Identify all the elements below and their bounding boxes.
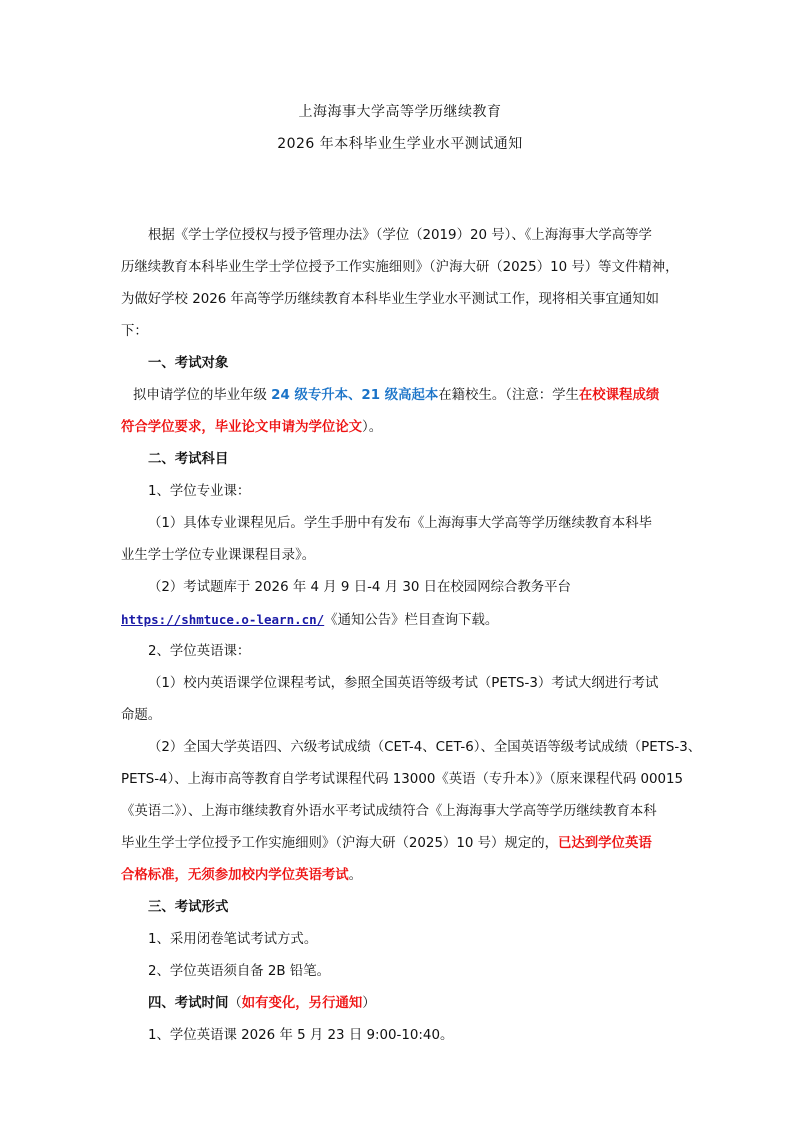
english-exemption-red-2: 合格标准，无须参加校内学位英语考试	[121, 868, 349, 883]
section-4-heading-text: 四、考试时间	[148, 996, 228, 1011]
section-2-sub-2: 2、学位英语课：	[148, 643, 718, 661]
major-course-item-2-line-2: https://shmtuce.o-learn.cn/《通知公告》栏目查询下载。	[121, 611, 691, 630]
eligibility-note-red-1: 在校课程成绩	[579, 388, 659, 403]
english-item-2-line-5-suffix: 。	[349, 868, 362, 883]
eligibility-suffix: ）。	[362, 420, 382, 435]
english-item-2-line-4: 毕业生学士学位授予工作实施细则》（沪海大研（2025）10 号）规定的，已达到学…	[121, 835, 691, 853]
english-item-2-line-1: （2）全国大学英语四、六级考试成绩（CET-4、CET-6）、全国英语等级考试成…	[148, 739, 718, 757]
intro-line-4: 下：	[121, 323, 691, 341]
paren-open: （	[228, 996, 241, 1011]
exam-time-item-1: 1、学位英语课 2026 年 5 月 23 日 9:00-10:40。	[148, 1027, 718, 1045]
document-title-line2: 2026 年本科毕业生学业水平测试通知	[0, 133, 800, 153]
intro-line-1: 根据《学士学位授权与授予管理办法》（学位（2019）20 号）、《上海海事大学高…	[148, 227, 718, 245]
section-4-heading: 四、考试时间（如有变化，另行通知）	[148, 995, 718, 1013]
section-3-heading: 三、考试形式	[148, 899, 718, 917]
eligible-grades: 24 级专升本、21 级高起本	[271, 388, 438, 403]
english-item-2-line-5: 合格标准，无须参加校内学位英语考试。	[121, 867, 691, 885]
document-title-line1: 上海海事大学高等学历继续教育	[0, 101, 800, 121]
eligibility-prefix: 拟申请学位的毕业年级	[133, 388, 271, 403]
english-item-1-line-2: 命题。	[121, 707, 691, 725]
major-course-item-1-line-1: （1）具体专业课程见后。学生手册中有发布《上海海事大学高等学历继续教育本科毕	[148, 515, 718, 533]
english-item-2-line-2: PETS-4）、上海市高等教育自学考试课程代码 13000《英语（专升本）》（原…	[121, 771, 691, 789]
english-item-2-line-4-prefix: 毕业生学士学位授予工作实施细则》（沪海大研（2025）10 号）规定的，	[121, 836, 558, 851]
paren-close: ）	[362, 996, 375, 1011]
major-course-item-2-line-1: （2）考试题库于 2026 年 4 月 9 日-4 月 30 日在校园网综合教务…	[148, 579, 718, 597]
intro-line-2: 历继续教育本科毕业生学士学位授予工作实施细则》（沪海大研（2025）10 号）等…	[121, 259, 691, 277]
intro-line-3: 为做好学校 2026 年高等学历继续教育本科毕业生学业水平测试工作，现将相关事宜…	[121, 291, 691, 309]
section-1-paragraph-line-2: 符合学位要求，毕业论文申请为学位论文）。	[121, 419, 691, 437]
section-4-heading-note: 如有变化，另行通知	[242, 996, 363, 1011]
exam-form-item-2: 2、学位英语须自备 2B 铅笔。	[148, 963, 718, 981]
english-exemption-red-1: 已达到学位英语	[558, 836, 652, 851]
section-1-paragraph-line-1: 拟申请学位的毕业年级 24 级专升本、21 级高起本在籍校生。（注意：学生在校课…	[133, 387, 703, 405]
document-page: 上海海事大学高等学历继续教育 2026 年本科毕业生学业水平测试通知 根据《学士…	[0, 0, 800, 1130]
major-course-item-1-line-2: 业生学士学位专业课课程目录》。	[121, 547, 691, 565]
platform-link[interactable]: https://shmtuce.o-learn.cn/	[121, 612, 324, 627]
exam-form-item-1: 1、采用闭卷笔试考试方式。	[148, 931, 718, 949]
platform-link-after: 《通知公告》栏目查询下载。	[324, 613, 498, 628]
english-item-2-line-3: 《英语二》）、上海市继续教育外语水平考试成绩符合《上海海事大学高等学历继续教育本…	[121, 803, 691, 821]
eligibility-note-red-2: 符合学位要求，毕业论文申请为学位论文	[121, 420, 362, 435]
section-2-sub-1: 1、学位专业课：	[148, 483, 718, 501]
english-item-1-line-1: （1）校内英语课学位课程考试，参照全国英语等级考试（PETS-3）考试大纲进行考…	[148, 675, 718, 693]
eligibility-mid: 在籍校生。（注意：学生	[438, 388, 579, 403]
section-2-heading: 二、考试科目	[148, 451, 718, 469]
section-1-heading: 一、考试对象	[148, 355, 718, 373]
